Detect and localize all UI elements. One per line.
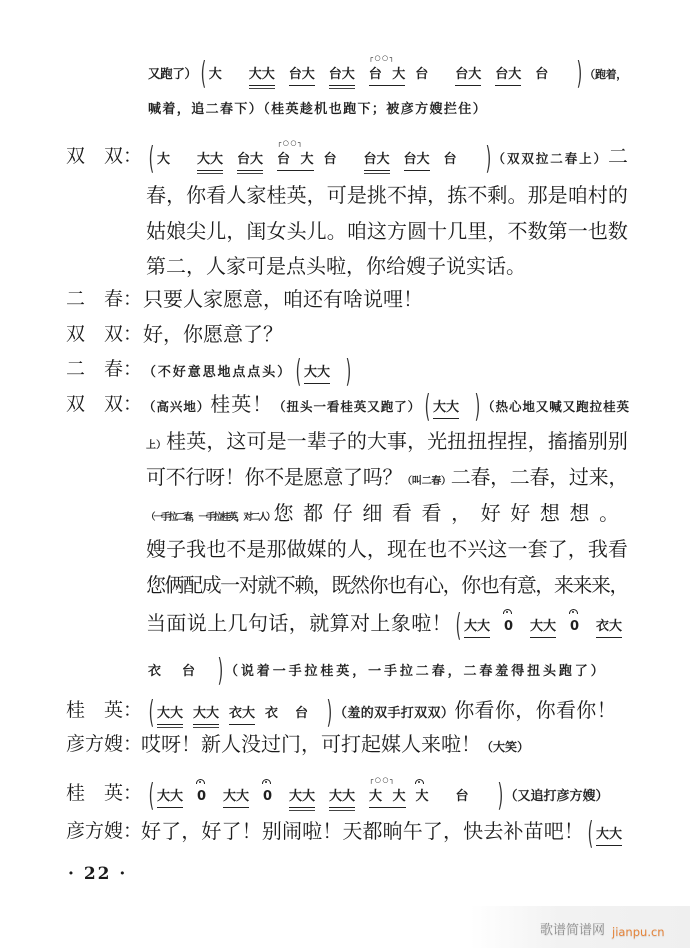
beat-syllables: 台大 (289, 67, 315, 86)
beat-unit: 大大 (197, 148, 227, 174)
open-paren: ( (456, 612, 460, 641)
beat-syllables: 大大 (289, 789, 315, 811)
beat-unit: 台 (295, 702, 315, 726)
line-content: 第二，人家可是点头啦，你给嫂子说实话。 (146, 254, 526, 278)
script-line: 双 双：(大大大台大台 大┌○○┐台台大台大台)（双双拉二春上）二 (0, 144, 690, 168)
line-content: 当面说上几句话，就算对上象啦！(大大0大大0衣大 (146, 611, 628, 639)
close-paren: ) (218, 657, 222, 686)
stage-direction: 又跑了） (148, 66, 197, 81)
rest-beat: 0 (263, 785, 277, 809)
beat-syllables: 大大 (193, 706, 219, 728)
fermata-icon (415, 779, 424, 784)
beat-unit: 大大 (304, 361, 334, 385)
dialogue-text: 二春，二春，过来， (451, 465, 628, 489)
beat-unit: 大大 (157, 785, 187, 809)
dialogue-text: 您都仔细看看，好好想想。 (274, 501, 629, 525)
dialogue-text: 哎呀！新人没过门，可打起媒人来啦！ (141, 732, 481, 756)
open-paren: ( (200, 60, 204, 89)
script-line: 又跑了）(大大大台大台大台 大┌○○┐台台大台大台)（跑着， (0, 59, 690, 83)
line-content: (大大大台大台 大┌○○┐台台大台大台)（双双拉二春上）二 (145, 144, 630, 174)
beat-syllables: 台 大 (369, 67, 406, 86)
script-line: 喊着，追二春下）（桂英趁机也跑下；被彦方嫂拦住） (0, 94, 690, 118)
beat-syllables: 大大 (530, 619, 556, 638)
rest-beat: 0 (570, 615, 584, 639)
stage-direction: （羞的双手打双双） (334, 706, 454, 721)
script-line: （一手拉二春，一手拉桂英，对二人）您都仔细看看，好好想想。 (0, 501, 690, 525)
stage-direction: （大笑） (481, 740, 529, 754)
stage-direction: （说着一手拉桂英，一手拉二春，二春羞得扭头跑了） (225, 664, 607, 679)
beat-unit: 台大 (289, 63, 319, 87)
beat-unit: 大大 (193, 702, 219, 728)
rest-beat: 0 (504, 615, 518, 639)
script-line: 二 春：只要人家愿意，咱还有啥说哩！ (0, 287, 690, 311)
dialogue-text: 桂英，这可是一辈子的大事，光扭扭捏捏，搐搐别别 (166, 429, 628, 453)
script-line: 衣台)（说着一手拉桂英，一手拉二春，二春羞得扭头跑了） (0, 656, 690, 680)
line-content: 您俩配成一对就不赖，既然你也有心，你也有意，来来来， (146, 573, 628, 597)
beat-unit: 台大 (404, 148, 434, 172)
line-content: 好了，好了！别闹啦！天都晌午了，快去补苗吧！(大大 (141, 819, 628, 847)
roll-bracket-mark: ┌○○┐ (369, 55, 396, 62)
open-paren: ( (296, 358, 300, 387)
beat-unit: 台大 (364, 148, 394, 174)
line-content: 哎呀！新人没过门，可打起媒人来啦！（大笑） (141, 732, 529, 759)
fermata-icon (196, 779, 205, 784)
fermata-icon (503, 609, 512, 614)
percussion-notation: (大大0大大0衣大 (454, 611, 626, 635)
dialogue-text: 当面说上几句话，就算对上象啦！ (146, 611, 452, 635)
beat-unit: 大 (416, 785, 446, 809)
beat-unit: 衣 (148, 660, 172, 684)
beat-syllables: 0 (570, 619, 579, 635)
dialogue-text: 第二，人家可是点头啦，你给嫂子说实话。 (146, 254, 526, 278)
line-content: 喊着，追二春下）（桂英趁机也跑下；被彦方嫂拦住） (148, 94, 487, 122)
line-content: 又跑了）(大大大台大台大台 大┌○○┐台台大台大台)（跑着， (148, 59, 627, 89)
speaker-label: 二 春： (66, 287, 142, 311)
rest-beat: 0 (197, 785, 211, 809)
line-content: 春，你看人家桂英，可是挑不掉，拣不剩。那是咱村的 (146, 183, 628, 207)
beat-unit: 大大 (157, 702, 183, 728)
fermata-icon (262, 779, 271, 784)
beat-unit: 大大 (289, 785, 319, 811)
beat-unit: 台 大┌○○┐ (277, 148, 314, 172)
dialogue-text: 你看你，你看你！ (454, 698, 617, 722)
line-content: 姑娘尖儿，闺女头儿。咱这方圆十几里，不数第一也数 (146, 219, 628, 243)
line-content: 上）桂英，这可是一辈子的大事，光扭扭捏捏，搐搐别别 (146, 429, 628, 458)
beat-syllables: 台 (295, 706, 308, 722)
stage-direction: （高兴地） (143, 399, 210, 414)
dialogue-text: 您俩配成一对就不赖，既然你也有心，你也有意，来来来， (146, 573, 628, 597)
beat-unit: 大大 (464, 615, 494, 639)
script-line: 可不行呀！你不是愿意了吗？（叫二春）二春，二春，过来， (0, 465, 690, 489)
line-content: （不好意思地点点头）(大大) (143, 357, 353, 385)
script-line: 彦方嫂：好了，好了！别闹啦！天都晌午了，快去补苗吧！(大大 (0, 819, 690, 843)
stage-direction: 上） (146, 440, 166, 451)
percussion-notation: (大大0大大0大大大大大 大┌○○┐大台) (147, 781, 503, 805)
dialogue-text: 姑娘尖儿，闺女头儿。咱这方圆十几里，不数第一也数 (146, 219, 628, 243)
dialogue-text: 可不行呀！你不是愿意了吗？ (146, 465, 402, 489)
beat-unit: 台 (444, 148, 474, 172)
beat-syllables: 大 (416, 789, 429, 805)
beat-syllables: 衣 (148, 664, 161, 680)
stage-direction: 喊着，追二春下）（桂英趁机也跑下；被彦方嫂拦住） (148, 102, 487, 117)
speaker-label: 双 双： (66, 322, 142, 346)
stage-direction: （扭头一看桂英又跑了） (273, 399, 421, 414)
beat-syllables: 大大 (249, 67, 275, 89)
line-content: (大大大大衣大衣台)（羞的双手打双双）你看你，你看你！ (145, 698, 617, 728)
percussion-notation: (大大大大衣大衣台) (147, 698, 332, 722)
fermata-icon (569, 609, 578, 614)
line-content: 只要人家愿意，咱还有啥说哩！ (143, 287, 423, 311)
beat-unit: 衣大 (229, 702, 255, 726)
close-paren: ) (346, 358, 350, 387)
close-paren: ) (475, 393, 479, 422)
beat-unit: 大 (209, 63, 239, 87)
dialogue-text: 好，你愿意了？ (143, 322, 283, 346)
beat-syllables: 台 (415, 67, 428, 83)
beat-unit: 大大 (433, 396, 463, 420)
stage-direction: （跑着， (584, 68, 627, 81)
stage-direction: （叫二春） (402, 476, 451, 487)
script-line: 第二，人家可是点头啦，你给嫂子说实话。 (0, 254, 690, 278)
roll-bracket-mark: ┌○○┐ (369, 777, 396, 784)
page-number: · 22 · (68, 862, 127, 886)
beat-syllables: 0 (263, 789, 272, 805)
script-line: 二 春：（不好意思地点点头）(大大) (0, 357, 690, 381)
line-content: （高兴地）桂英！（扭头一看桂英又跑了）(大大)（热心地又喊又跑拉桂英 (143, 392, 630, 420)
beat-syllables: 衣 (265, 706, 278, 722)
percussion-notation: (大大大台大台大台 大┌○○┐台台大台大台) (199, 59, 583, 83)
beat-syllables: 大 (209, 67, 222, 83)
open-paren: ( (149, 145, 153, 174)
beat-unit: 台 (415, 63, 445, 87)
beat-unit: 台 (535, 63, 565, 87)
stage-direction: （一手拉二春，一手拉桂英，对二人） (146, 512, 274, 523)
beat-unit: 大大 (530, 615, 560, 639)
beat-syllables: 台 (444, 152, 457, 168)
line-content: 好，你愿意了？ (143, 322, 283, 346)
script-line: 当面说上几句话，就算对上象啦！(大大0大大0衣大 (0, 611, 690, 635)
stage-direction: （不好意思地点点头） (143, 365, 292, 380)
line-content: （一手拉二春，一手拉桂英，对二人）您都仔细看看，好好想想。 (146, 501, 629, 530)
beat-syllables: 衣大 (596, 619, 622, 638)
percussion-notation: (大大) (423, 392, 480, 416)
beat-unit: 台 (182, 660, 206, 684)
roll-bracket-mark: ┌○○┐ (277, 140, 304, 147)
beat-unit: 台 大┌○○┐ (369, 63, 406, 87)
watermark-domain: jianpu.cn (612, 924, 665, 940)
beat-syllables: 台 (182, 664, 195, 680)
script-line: 嫂子我也不是那做媒的人，现在也不兴这一套了，我看 (0, 537, 690, 561)
beat-syllables: 大大 (157, 706, 183, 728)
beat-unit: 衣 (265, 702, 285, 726)
beat-unit: 大大 (223, 785, 253, 809)
script-page: · 22 · 歌谱简谱网 jianpu.cn 又跑了）(大大大台大台大台 大┌○… (0, 0, 690, 948)
beat-syllables: 台大 (329, 67, 355, 89)
beat-syllables: 大大 (329, 789, 355, 811)
beat-syllables: 衣大 (229, 706, 255, 725)
beat-syllables: 0 (504, 619, 513, 635)
speaker-label: 桂 英： (66, 781, 142, 805)
stage-direction: （双双拉二春上） (493, 151, 609, 166)
dialogue-text: 好了，好了！别闹啦！天都晌午了，快去补苗吧！ (141, 819, 584, 843)
beat-unit: 台大 (329, 63, 359, 89)
line-content: (大大0大大0大大大大大 大┌○○┐大台)（又追打彦方嫂） (145, 781, 609, 811)
beat-unit: 大 大┌○○┐ (369, 785, 406, 809)
script-line: 桂 英：(大大0大大0大大大大大 大┌○○┐大台)（又追打彦方嫂） (0, 781, 690, 805)
beat-unit: 台大 (237, 148, 267, 174)
percussion-notation: (大大大台大台 大┌○○┐台台大台大台) (147, 144, 491, 168)
beat-syllables: 大大 (157, 789, 183, 808)
open-paren: ( (588, 820, 592, 849)
script-line: 春，你看人家桂英，可是挑不掉，拣不剩。那是咱村的 (0, 183, 690, 207)
beat-syllables: 台大 (495, 67, 521, 86)
beat-syllables: 0 (197, 789, 206, 805)
script-line: 姑娘尖儿，闺女头儿。咱这方圆十几里，不数第一也数 (0, 219, 690, 243)
stage-direction: （热心地又喊又跑拉桂英 (482, 399, 630, 414)
beat-syllables: 台 (535, 67, 548, 83)
beat-syllables: 大大 (197, 152, 223, 174)
open-paren: ( (149, 699, 153, 728)
beat-syllables: 台大 (364, 152, 390, 174)
open-paren: ( (425, 393, 429, 422)
beat-syllables: 大大 (304, 365, 330, 384)
speaker-label: 桂 英： (66, 698, 142, 722)
beat-syllables: 台大 (455, 67, 481, 86)
percussion-notation: (大大 (586, 819, 626, 843)
dialogue-text: 桂英！ (210, 392, 273, 416)
script-line: 桂 英：(大大大大衣大衣台)（羞的双手打双双）你看你，你看你！ (0, 698, 690, 722)
beat-unit: 台大 (495, 63, 525, 87)
beat-syllables: 大 (157, 152, 170, 168)
close-paren: ) (497, 782, 501, 811)
beat-syllables: 台大 (404, 152, 430, 171)
beat-unit: 大大 (329, 785, 359, 811)
dialogue-text: 嫂子我也不是那做媒的人，现在也不兴这一套了，我看 (146, 537, 628, 561)
line-content: 衣台)（说着一手拉桂英，一手拉二春，二春羞得扭头跑了） (146, 656, 607, 684)
beat-syllables: 台大 (237, 152, 263, 174)
script-line: 您俩配成一对就不赖，既然你也有心，你也有意，来来来， (0, 573, 690, 597)
speaker-label: 双 双： (66, 144, 142, 168)
speaker-label: 彦方嫂： (66, 732, 142, 756)
beat-unit: 大大 (596, 823, 626, 847)
beat-unit: 台大 (455, 63, 485, 87)
percussion-notation: (大大) (294, 357, 351, 381)
beat-syllables: 台 大 (277, 152, 314, 171)
script-line: 上）桂英，这可是一辈子的大事，光扭扭捏捏，搐搐别别 (0, 429, 690, 453)
line-content: 可不行呀！你不是愿意了吗？（叫二春）二春，二春，过来， (146, 465, 628, 494)
watermark-site-name: 歌谱简谱网 (540, 923, 605, 939)
beat-unit: 台 (324, 148, 354, 172)
stage-direction: （又追打彦方嫂） (505, 789, 609, 804)
beat-unit: 大 (157, 148, 187, 172)
beat-syllables: 大大 (596, 827, 622, 846)
speaker-label: 二 春： (66, 357, 142, 381)
dialogue-text: 只要人家愿意，咱还有啥说哩！ (143, 287, 423, 311)
watermark: 歌谱简谱网 jianpu.cn (470, 906, 690, 948)
beat-syllables: 台 (456, 789, 469, 805)
script-line: 彦方嫂：哎呀！新人没过门，可打起媒人来啦！（大笑） (0, 732, 690, 756)
speaker-label: 双 双： (66, 392, 142, 416)
beat-syllables: 大 大 (369, 789, 406, 808)
close-paren: ) (485, 145, 489, 174)
speaker-label: 彦方嫂： (66, 819, 142, 843)
percussion-notation: 衣台) (148, 656, 223, 680)
open-paren: ( (149, 782, 153, 811)
beat-unit: 衣大 (596, 615, 626, 639)
script-line: 双 双：（高兴地）桂英！（扭头一看桂英又跑了）(大大)（热心地又喊又跑拉桂英 (0, 392, 690, 416)
beat-unit: 台 (456, 785, 486, 809)
dialogue-text: 二 (608, 144, 630, 168)
beat-syllables: 大大 (464, 619, 490, 638)
script-line: 双 双：好，你愿意了？ (0, 322, 690, 346)
beat-syllables: 台 (324, 152, 337, 168)
close-paren: ) (577, 60, 581, 89)
close-paren: ) (327, 699, 331, 728)
beat-syllables: 大大 (433, 400, 459, 419)
line-content: 嫂子我也不是那做媒的人，现在也不兴这一套了，我看 (146, 537, 628, 561)
dialogue-text: 春，你看人家桂英，可是挑不掉，拣不剩。那是咱村的 (146, 183, 628, 207)
beat-unit: 大大 (249, 63, 279, 89)
beat-syllables: 大大 (223, 789, 249, 808)
